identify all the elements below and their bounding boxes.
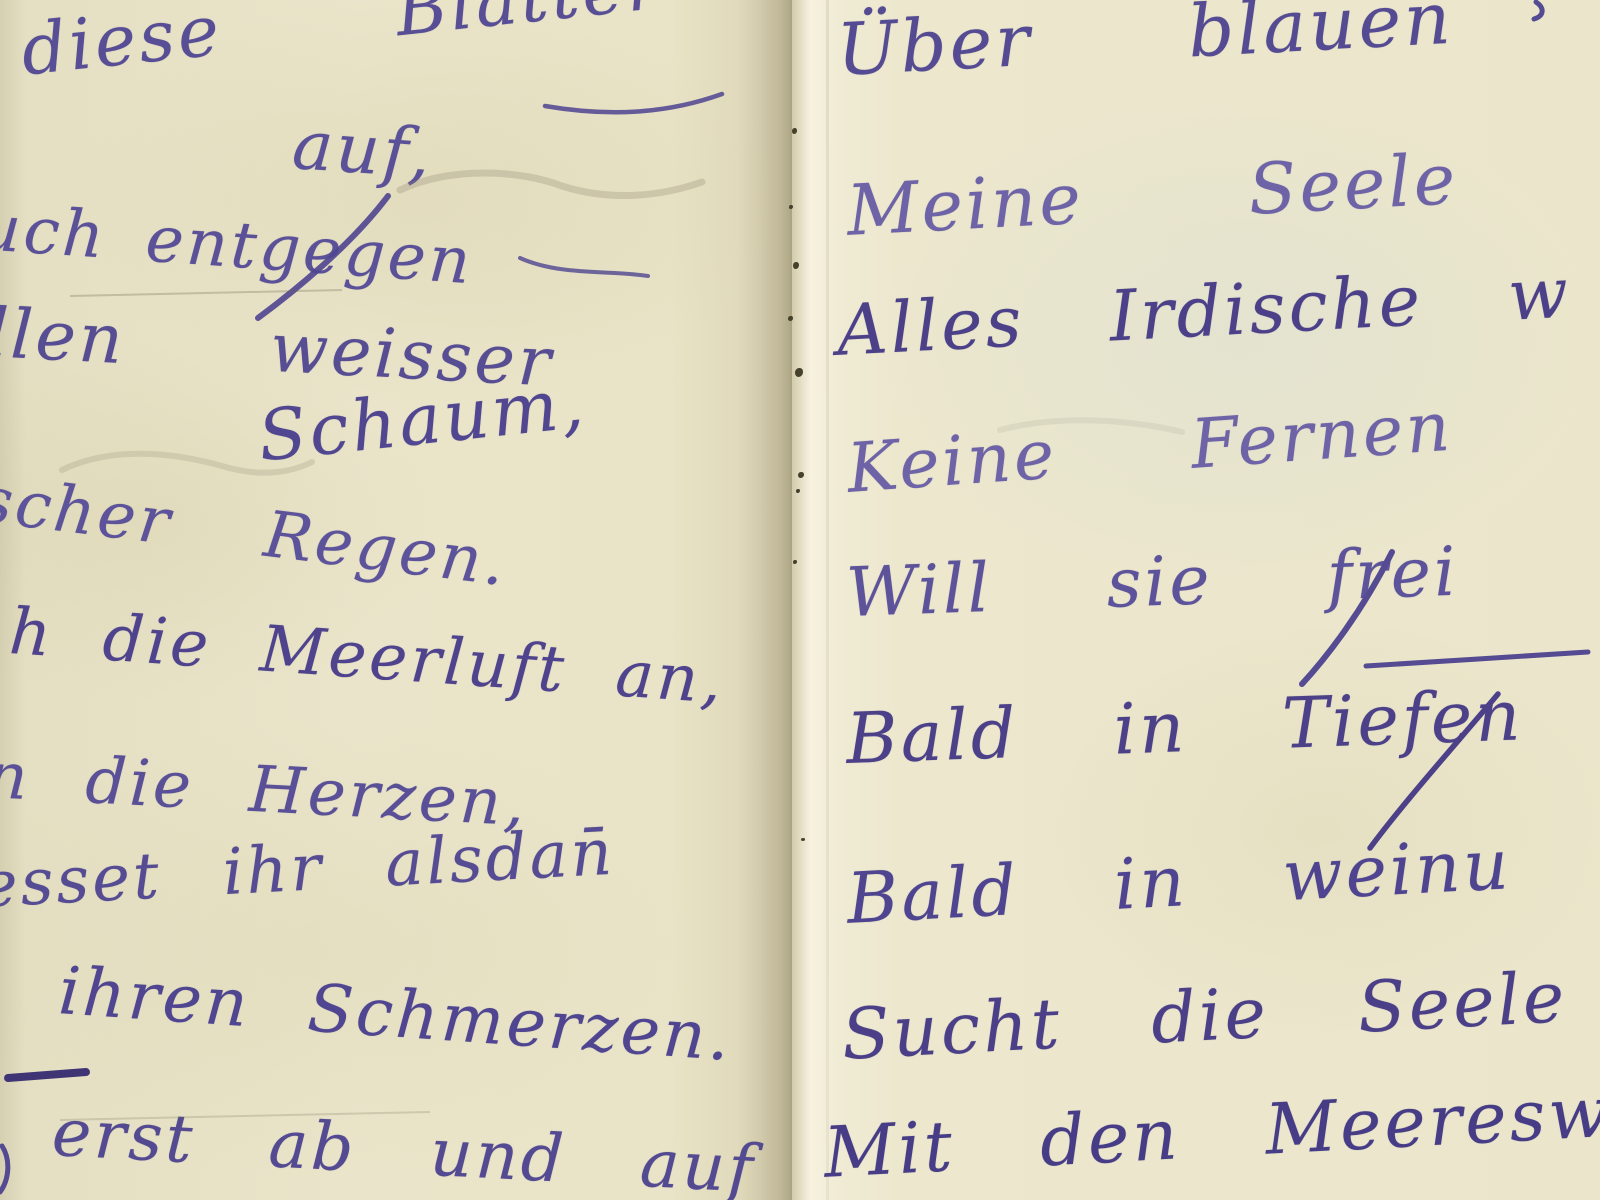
handwriting-line: auf,: [290, 112, 435, 190]
manuscript-scan: diese Blätter auf, uch entgegen llen wei…: [0, 0, 1600, 1200]
handwriting-line: Will sie frei: [845, 539, 1460, 628]
page-crease-line: [826, 0, 829, 1200]
book-gutter-shadow: [738, 0, 792, 1200]
